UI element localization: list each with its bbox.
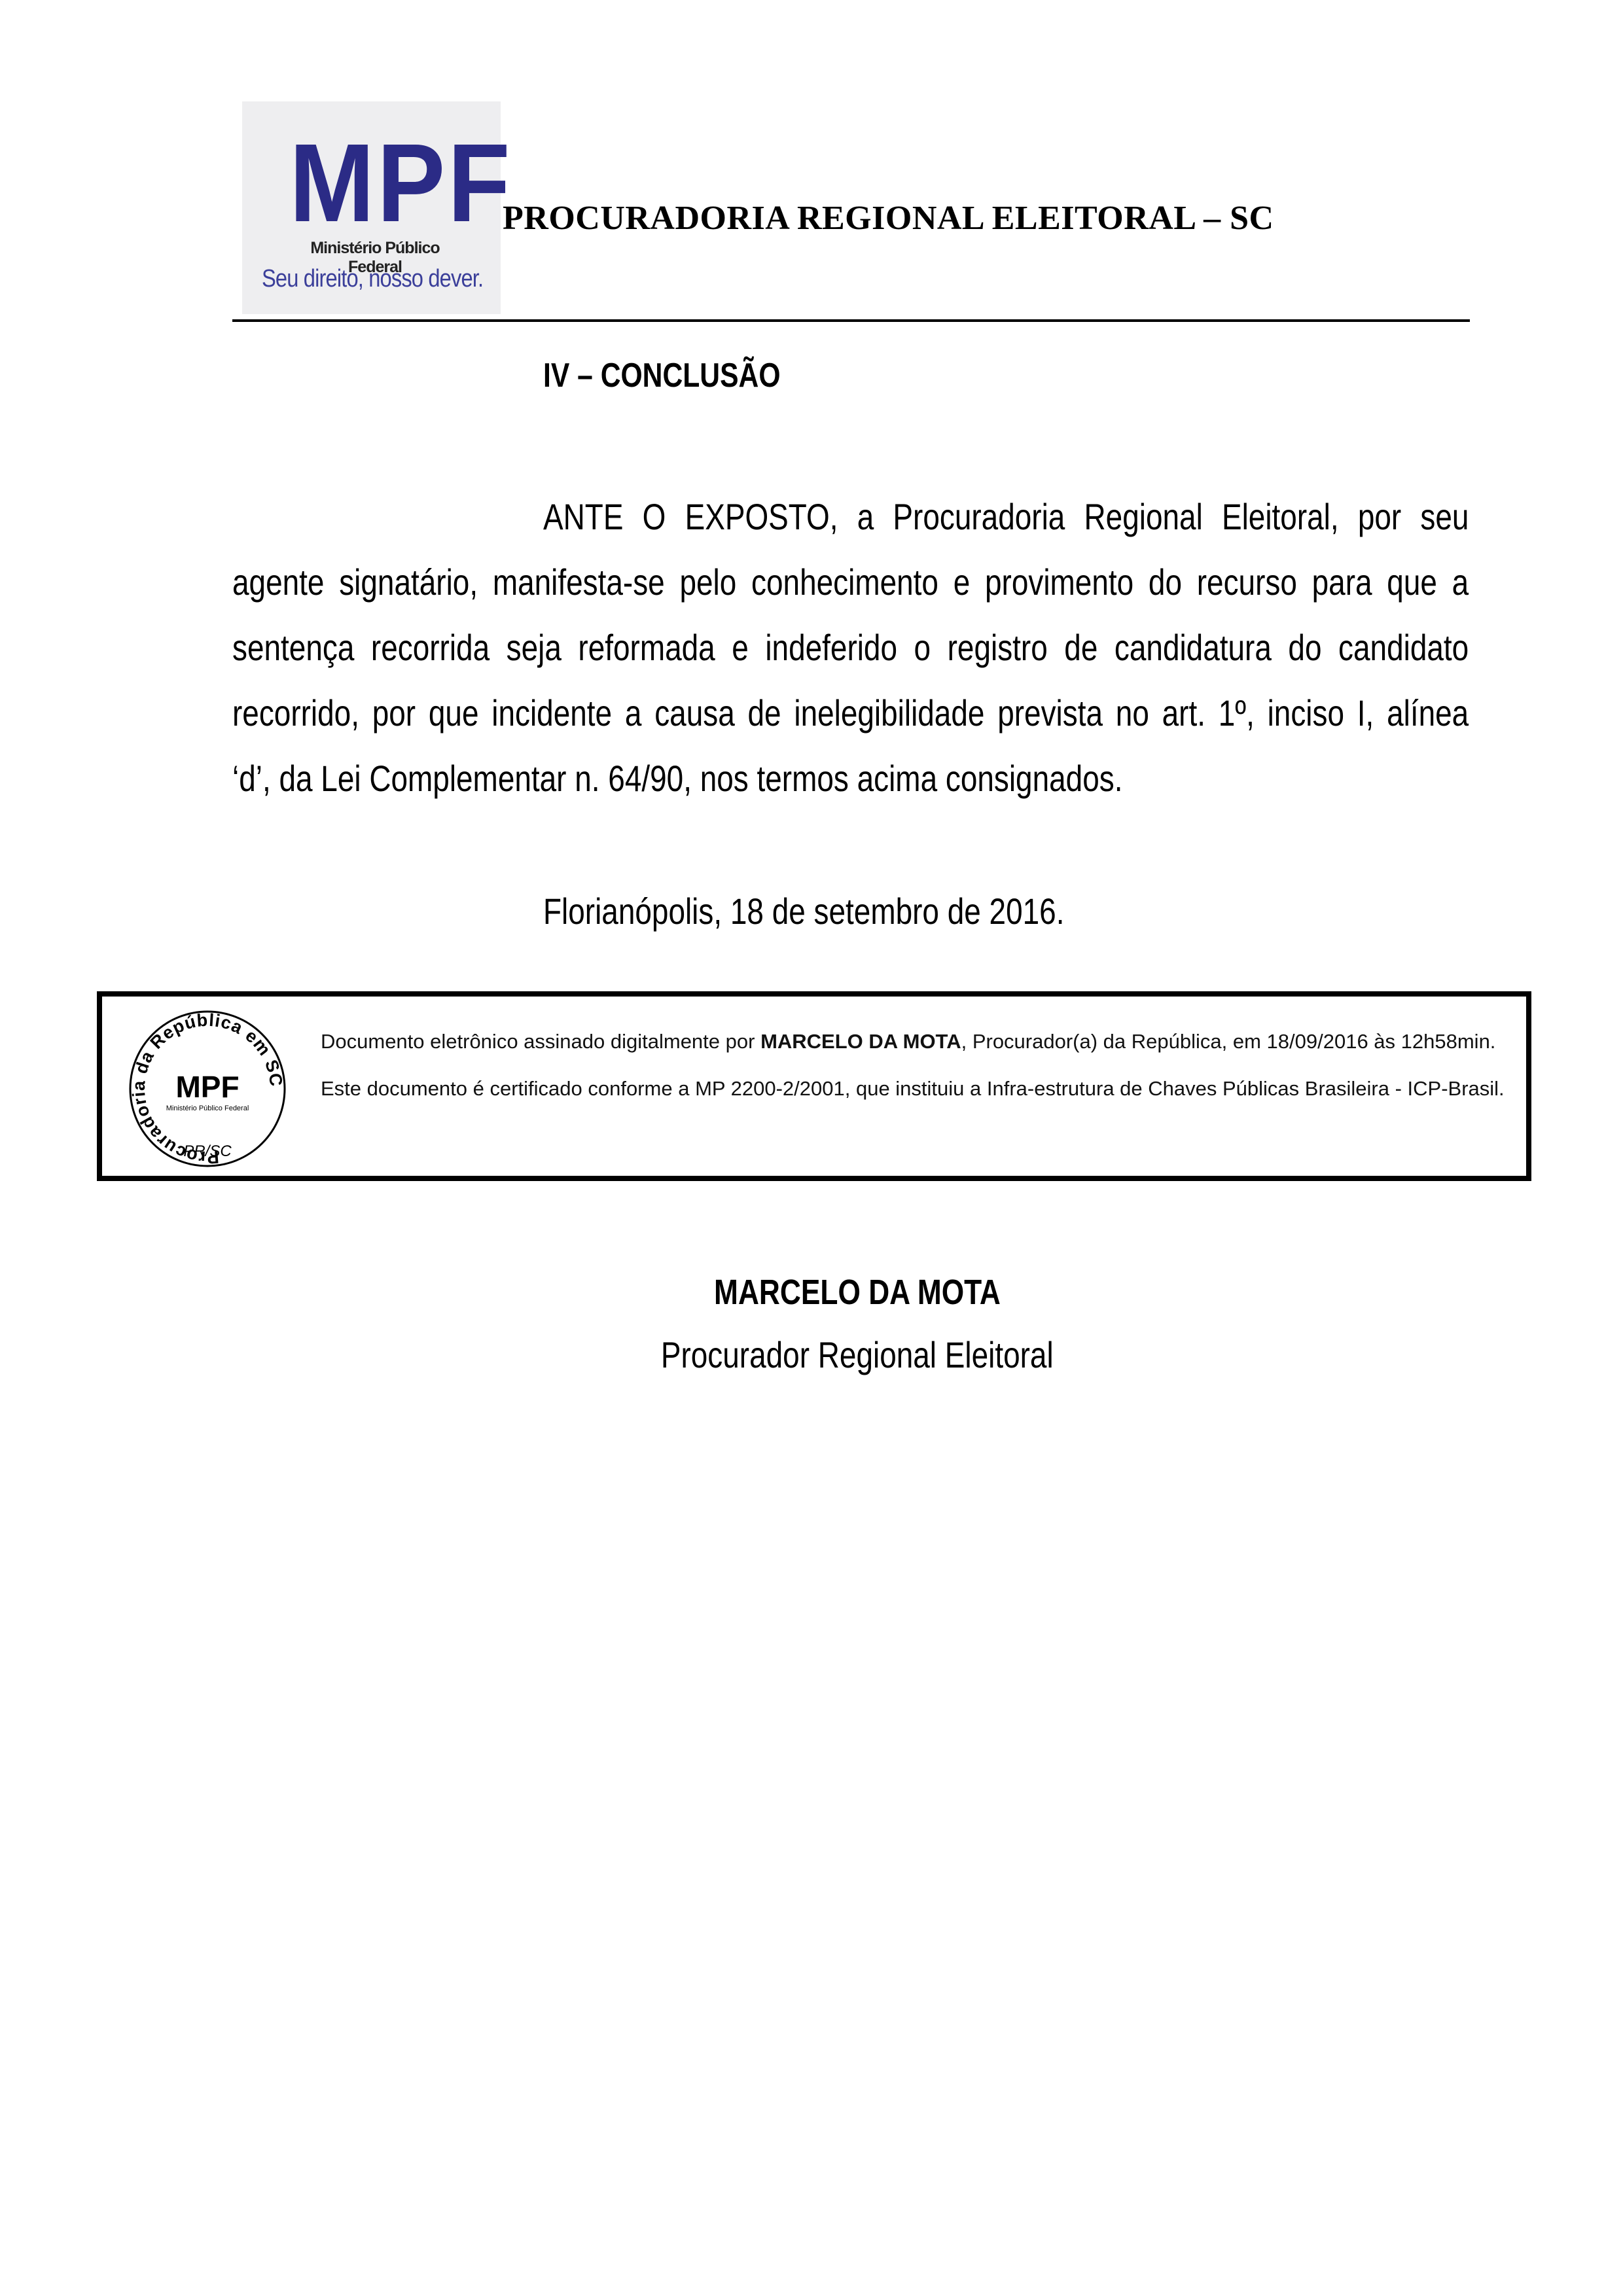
signer-name: MARCELO DA MOTA	[497, 1275, 1217, 1310]
signature-text: Documento eletrônico assinado digitalmen…	[321, 1025, 1518, 1120]
paragraph-line: recorrido, por que incidente a causa de …	[232, 680, 1469, 746]
seal-stamp-icon: Procuradoria da República em SC MPF Mini…	[126, 1007, 289, 1171]
certification-statement: Este documento é certificado conforme a …	[321, 1072, 1518, 1105]
signer-role: Procurador Regional Eleitoral	[497, 1337, 1217, 1373]
seal-bottom-text: PR/SC	[183, 1142, 232, 1160]
signature-statement: Documento eletrônico assinado digitalmen…	[321, 1025, 1518, 1058]
signature-signer-name: MARCELO DA MOTA	[760, 1030, 961, 1053]
header-divider	[232, 319, 1470, 322]
paragraph-line: agente signatário, manifesta-se pelo con…	[232, 550, 1469, 615]
conclusion-paragraph: ANTE O EXPOSTO, a Procuradoria Regional …	[232, 484, 1469, 811]
paragraph-line: ‘d’, da Lei Complementar n. 64/90, nos t…	[232, 746, 1469, 811]
logo-slogan: Seu direito, nosso dever.	[262, 265, 483, 293]
organization-title-text: PROCURADORIA REGIONAL ELEITORAL – SC	[503, 200, 1274, 237]
mpf-logo: MPF Ministério Público Federal Seu direi…	[242, 101, 501, 314]
organization-title: PROCURADORIA REGIONAL ELEITORAL – SC	[503, 202, 1274, 236]
digital-signature-box: Procuradoria da República em SC MPF Mini…	[97, 991, 1531, 1181]
paragraph-line: ANTE O EXPOSTO, a Procuradoria Regional …	[232, 484, 1469, 550]
paragraph-line: sentença recorrida seja reformada e inde…	[232, 615, 1469, 680]
seal-acronym: MPF	[175, 1070, 239, 1104]
seal-subtitle: Ministério Público Federal	[166, 1104, 249, 1112]
logo-acronym: MPF	[289, 128, 512, 239]
section-heading: IV – CONCLUSÃO	[543, 359, 780, 393]
place-and-date: Florianópolis, 18 de setembro de 2016.	[543, 893, 1064, 930]
